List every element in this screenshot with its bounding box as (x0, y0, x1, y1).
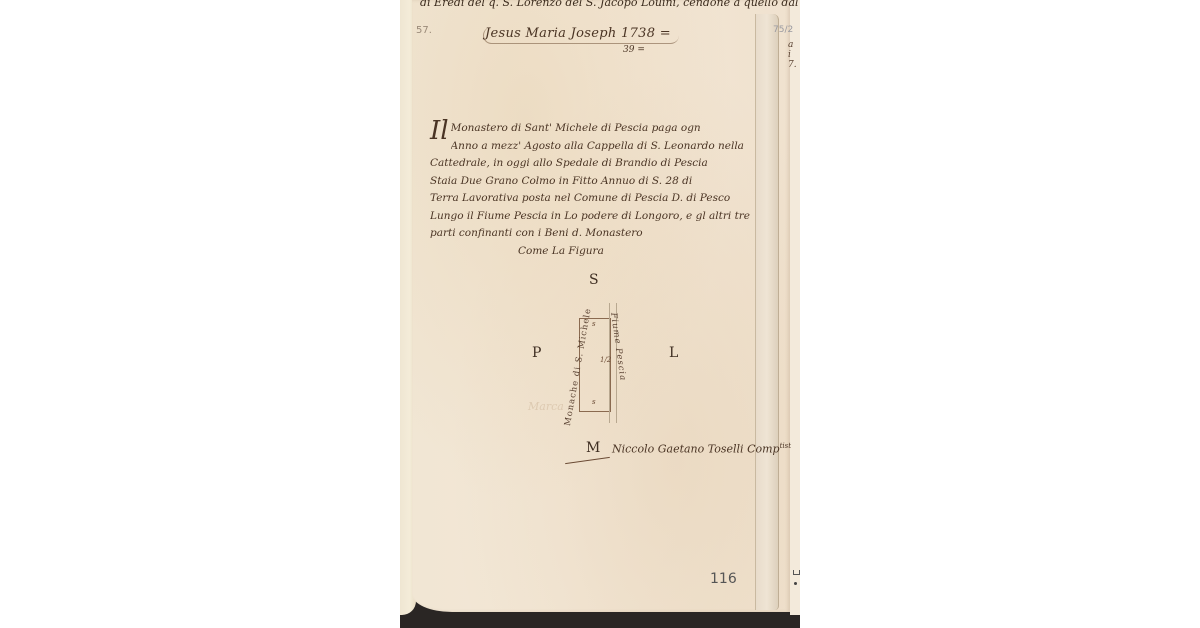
document-body: Il Monastero di Sant' Michele di Pescia … (430, 120, 765, 260)
page-number: 116 (710, 571, 737, 587)
previous-page-text-line: di Eredi del q. S. Lorenzo del S. Jacopo… (420, 0, 800, 9)
signature-title: Comp (747, 443, 780, 456)
body-line: Terra Lavorativa posta nel Comune di Pes… (430, 190, 765, 208)
body-line: Cattedrale, in oggi allo Spedale di Bran… (430, 155, 765, 173)
plot-mark-top: s (592, 320, 596, 328)
body-line: Anno a mezz' Agosto alla Cappella di S. … (451, 138, 765, 156)
folio-number-left: 57. (416, 25, 432, 36)
invocation-heading: Jesus Maria Joseph 1738 = (485, 26, 671, 41)
compass-south-label: M (586, 440, 600, 456)
body-line: Staia Due Grano Colmo in Fitto Annuo di … (430, 173, 765, 191)
page-stack-right (790, 0, 800, 615)
page-tab-mark (793, 570, 800, 575)
page-edge-curl (755, 14, 779, 610)
manuscript-page (412, 0, 790, 612)
manuscript-scan: di Eredi del q. S. Lorenzo del S. Jacopo… (400, 0, 800, 628)
body-line: Monastero di Sant' Michele di Pescia pag… (451, 120, 765, 138)
body-line: Lungo il Fiume Pescia in Lo podere di Lo… (430, 208, 765, 226)
drop-cap: Il (430, 122, 449, 140)
compass-east-label: L (669, 345, 678, 361)
signature-title-sup: tist (780, 442, 791, 450)
margin-marks: ai7. (788, 40, 797, 70)
signature-name: Niccolo Gaetano Toselli (612, 443, 744, 456)
body-line: parti confinanti con i Beni d. Monastero (430, 225, 765, 243)
compass-north-label: S (589, 272, 599, 288)
faded-bleedthrough-text: Marca (528, 400, 564, 413)
plot-mark-middle: 1/2 (600, 356, 611, 364)
folio-number-right: 75/2 (773, 25, 793, 35)
heading-year-continuation: 39 = (623, 45, 645, 55)
body-line: Come La Figura (430, 243, 765, 261)
plot-mark-bottom: s (592, 398, 596, 406)
page-tab-dot (794, 582, 797, 585)
compass-west-label: P (532, 345, 541, 361)
surveyor-signature: Niccolo Gaetano Toselli Comptist (612, 442, 791, 456)
